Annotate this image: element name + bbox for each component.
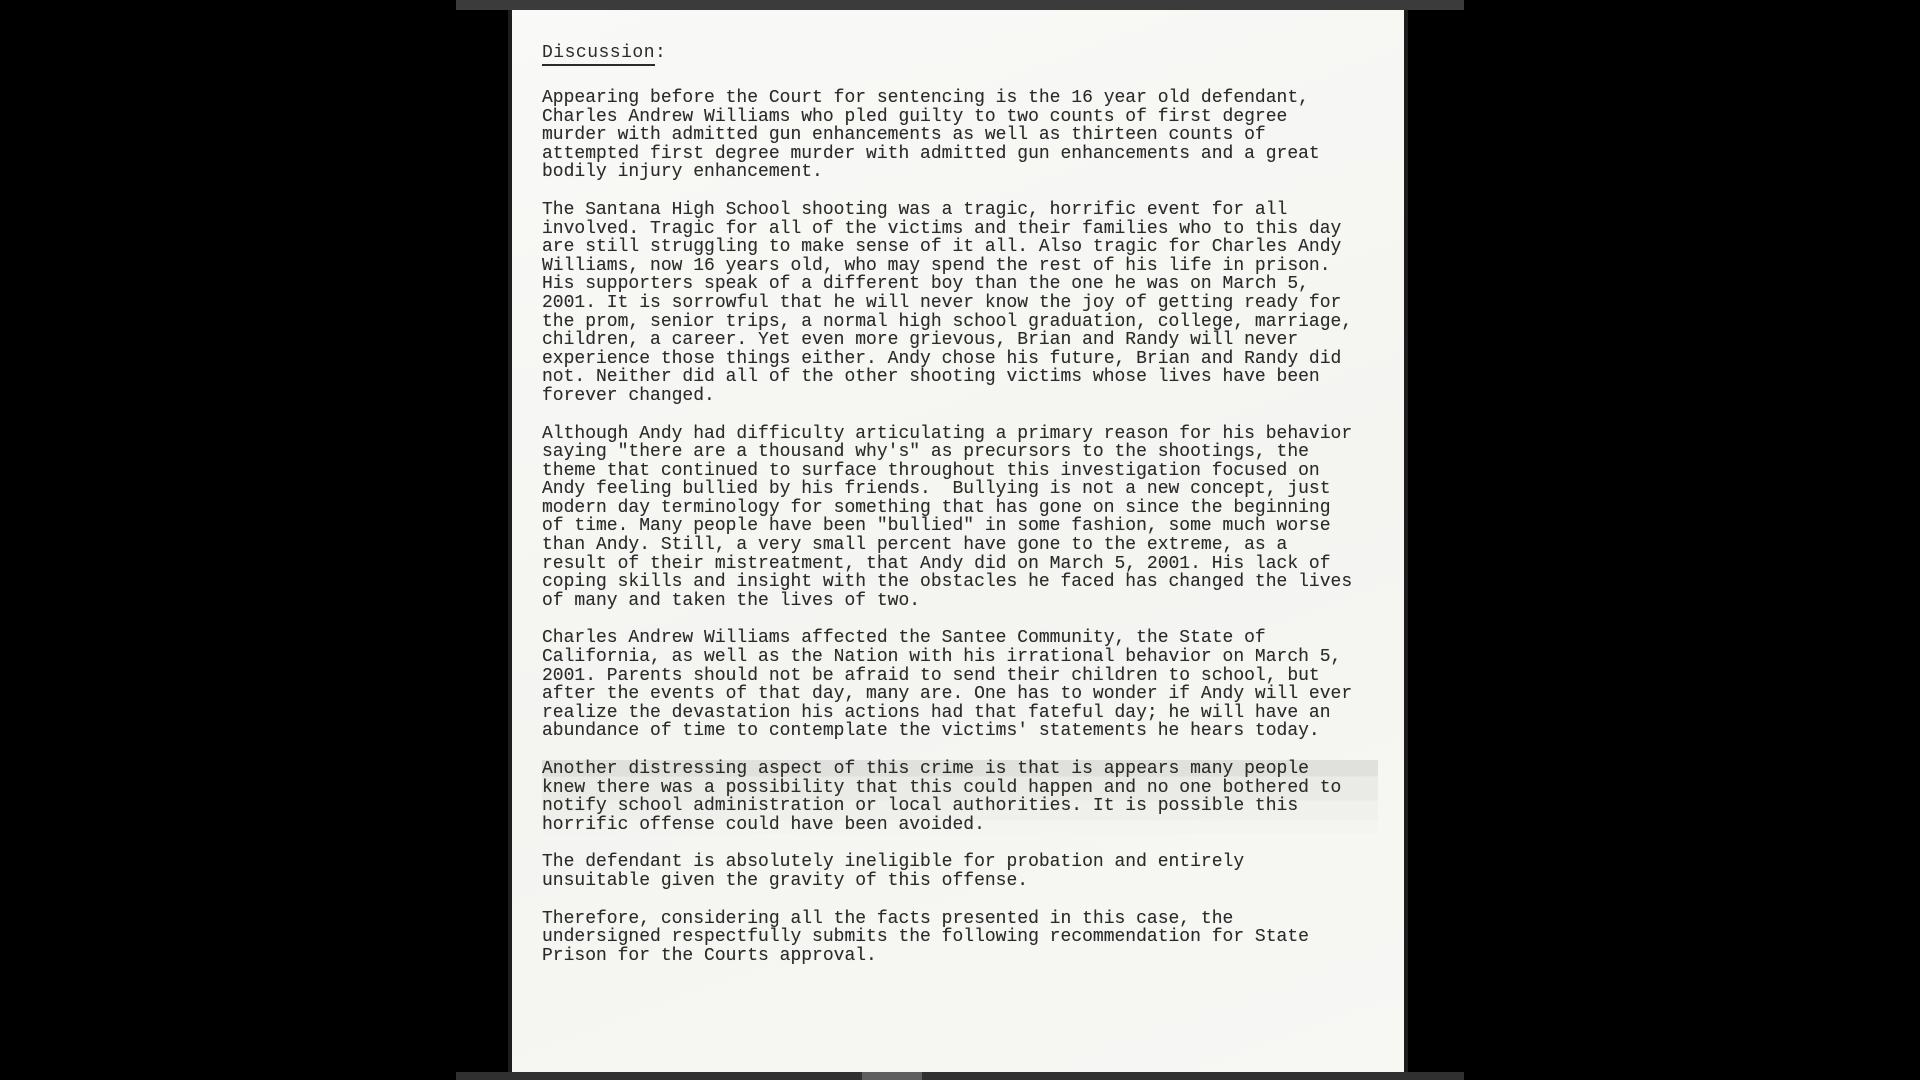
paragraph: Charles Andrew Williams affected the San… — [542, 629, 1404, 741]
heading-text: Discussion — [542, 43, 655, 66]
viewer-top-bar — [456, 0, 1464, 10]
heading-colon: : — [655, 43, 666, 63]
document-page: Discussion: Appearing before the Court f… — [508, 10, 1408, 1072]
paragraph: The Santana High School shooting was a t… — [542, 201, 1404, 406]
paragraph: Therefore, considering all the facts pre… — [542, 910, 1404, 966]
document-body: Appearing before the Court for sentencin… — [542, 89, 1404, 965]
paragraph: Another distressing aspect of this crime… — [542, 760, 1378, 834]
viewer-bottom-bar — [456, 1072, 1464, 1080]
scrollbar-thumb[interactable] — [862, 1072, 922, 1080]
paragraph: Appearing before the Court for sentencin… — [542, 89, 1404, 182]
paragraph: Although Andy had difficulty articulatin… — [542, 425, 1404, 611]
document-viewer: Discussion: Appearing before the Court f… — [456, 0, 1464, 1080]
paragraph: The defendant is absolutely ineligible f… — [542, 853, 1404, 890]
document-heading: Discussion: — [542, 44, 1404, 63]
